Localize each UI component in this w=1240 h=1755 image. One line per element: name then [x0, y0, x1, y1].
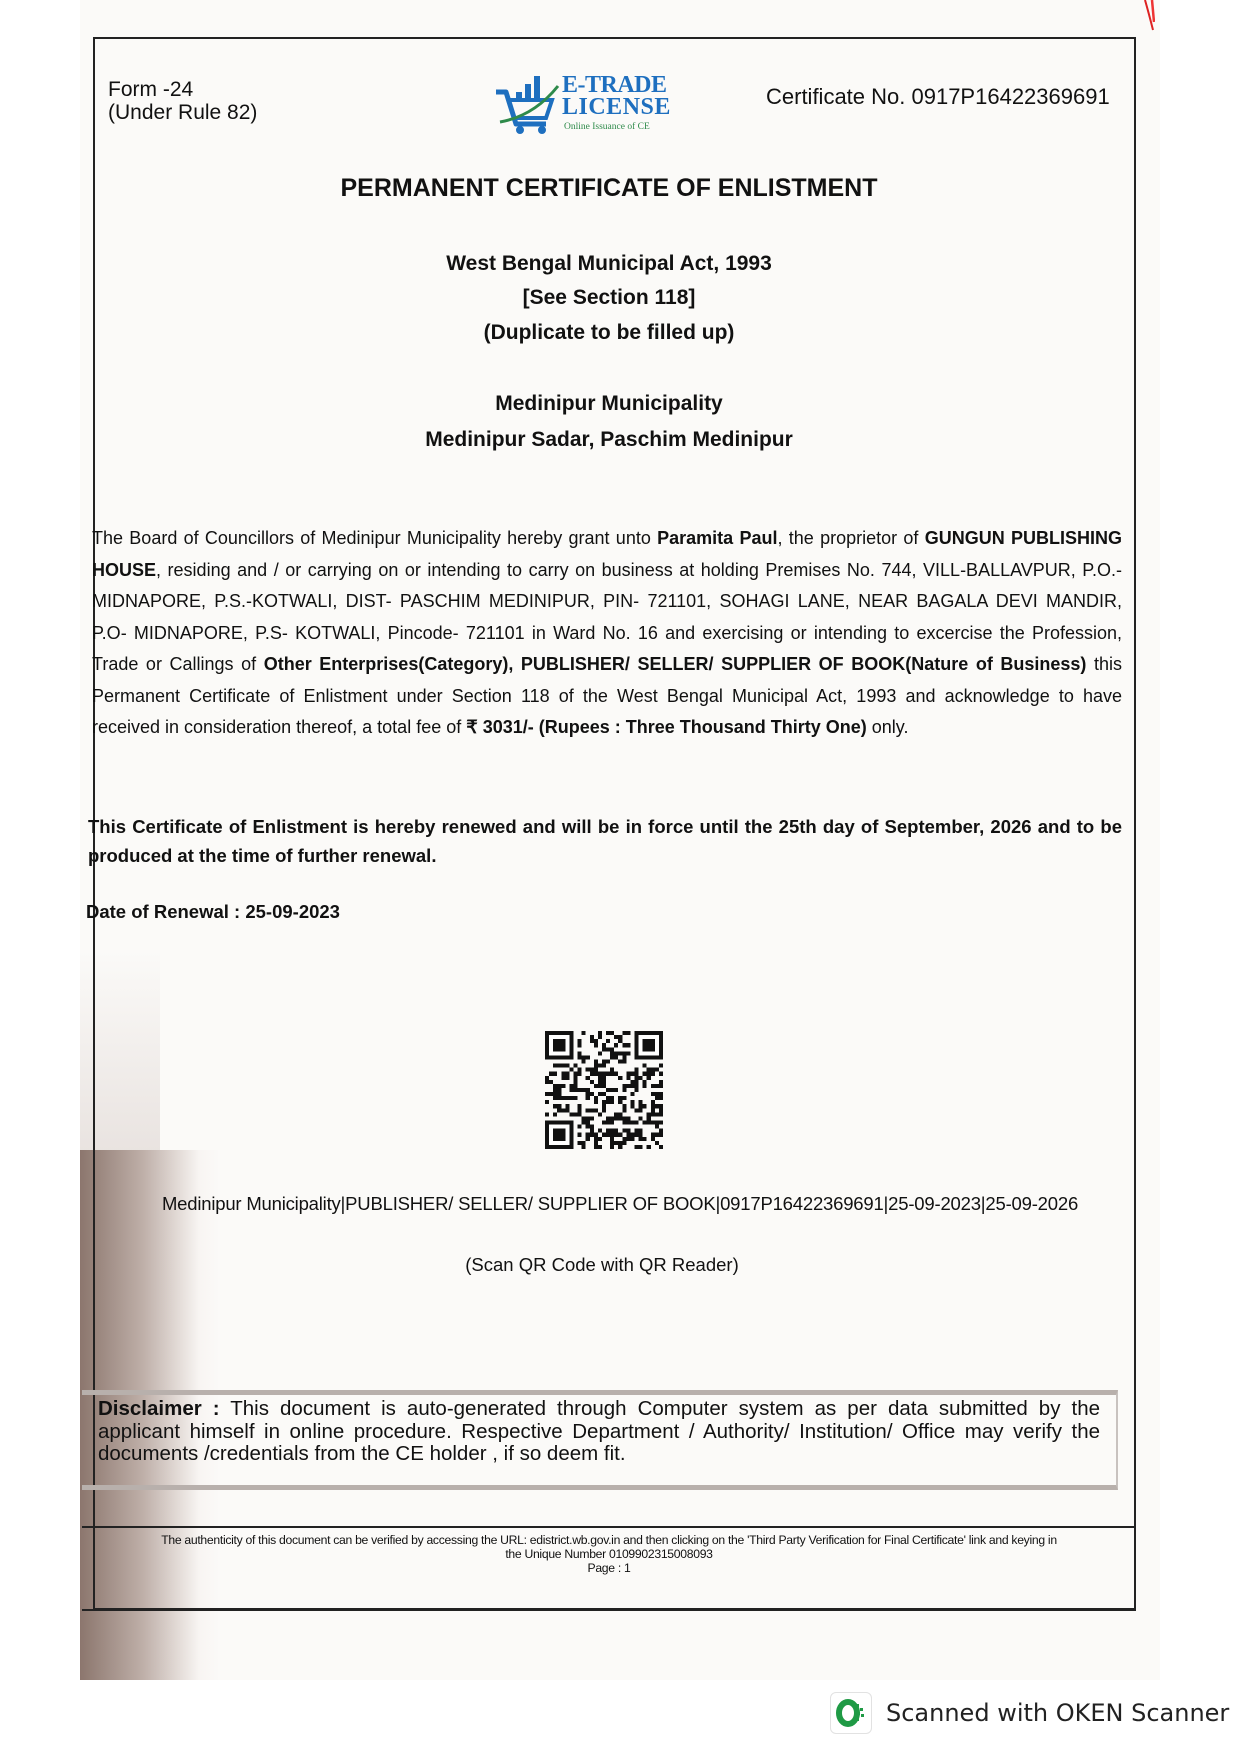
- grant-text: only.: [867, 717, 909, 737]
- page-number: Page : 1: [82, 1561, 1136, 1575]
- logo-line1: E-TRADE: [562, 74, 667, 96]
- municipality-name: Medinipur Municipality: [0, 392, 1218, 416]
- logo-tagline: Online Issuance of CE: [564, 122, 650, 132]
- disclaimer-text: This document is auto-generated through …: [98, 1397, 1100, 1465]
- renewal-statement: This Certificate of Enlistment is hereby…: [88, 812, 1122, 870]
- grant-paragraph: The Board of Councillors of Medinipur Mu…: [92, 523, 1122, 744]
- unique-number: the Unique Number 0109902315008093: [82, 1547, 1136, 1561]
- proprietor-name: Paramita Paul: [657, 528, 777, 548]
- certificate-title: PERMANENT CERTIFICATE OF ENLISTMENT: [0, 174, 1218, 203]
- disclaimer-label: Disclaimer :: [98, 1397, 220, 1420]
- qr-summary-line: Medinipur Municipality|PUBLISHER/ SELLER…: [0, 1193, 1240, 1215]
- oken-scanner-logo-icon: [830, 1692, 872, 1734]
- scanner-watermark-text: Scanned with OKEN Scanner: [886, 1699, 1229, 1727]
- etrade-license-logo: E-TRADE LICENSE Online Issuance of CE: [494, 72, 674, 142]
- business-category: Other Enterprises(Category), PUBLISHER/ …: [264, 654, 1087, 674]
- act-note: (Duplicate to be filled up): [0, 321, 1218, 345]
- grant-text: The Board of Councillors of Medinipur Mu…: [92, 528, 657, 548]
- verification-footer: The authenticity of this document can be…: [82, 1533, 1136, 1575]
- certificate-number: Certificate No. 0917P16422369691: [766, 84, 1110, 110]
- fee-amount: ₹ 3031/- (Rupees : Three Thousand Thirty…: [466, 717, 867, 737]
- form-rule-label: (Under Rule 82): [108, 101, 257, 124]
- verification-instructions: The authenticity of this document can be…: [82, 1533, 1136, 1547]
- grant-text: , the proprietor of: [777, 528, 924, 548]
- form-number-label: Form -24: [108, 78, 257, 101]
- municipality-location: Medinipur Sadar, Paschim Medinipur: [0, 428, 1218, 452]
- renewal-date: Date of Renewal : 25-09-2023: [86, 901, 340, 923]
- scanner-watermark: Scanned with OKEN Scanner: [830, 1693, 1229, 1733]
- qr-code-icon[interactable]: [545, 1028, 663, 1152]
- red-pen-mark: [1143, 0, 1155, 40]
- logo-line2: LICENSE: [562, 96, 671, 118]
- act-section: [See Section 118]: [0, 286, 1218, 310]
- form-number: Form -24 (Under Rule 82): [108, 78, 257, 124]
- disclaimer: Disclaimer : This document is auto-gener…: [98, 1398, 1100, 1466]
- scan-qr-note: (Scan QR Code with QR Reader): [0, 1254, 1204, 1276]
- act-name: West Bengal Municipal Act, 1993: [0, 252, 1218, 276]
- shopping-cart-chart-icon: [494, 72, 562, 138]
